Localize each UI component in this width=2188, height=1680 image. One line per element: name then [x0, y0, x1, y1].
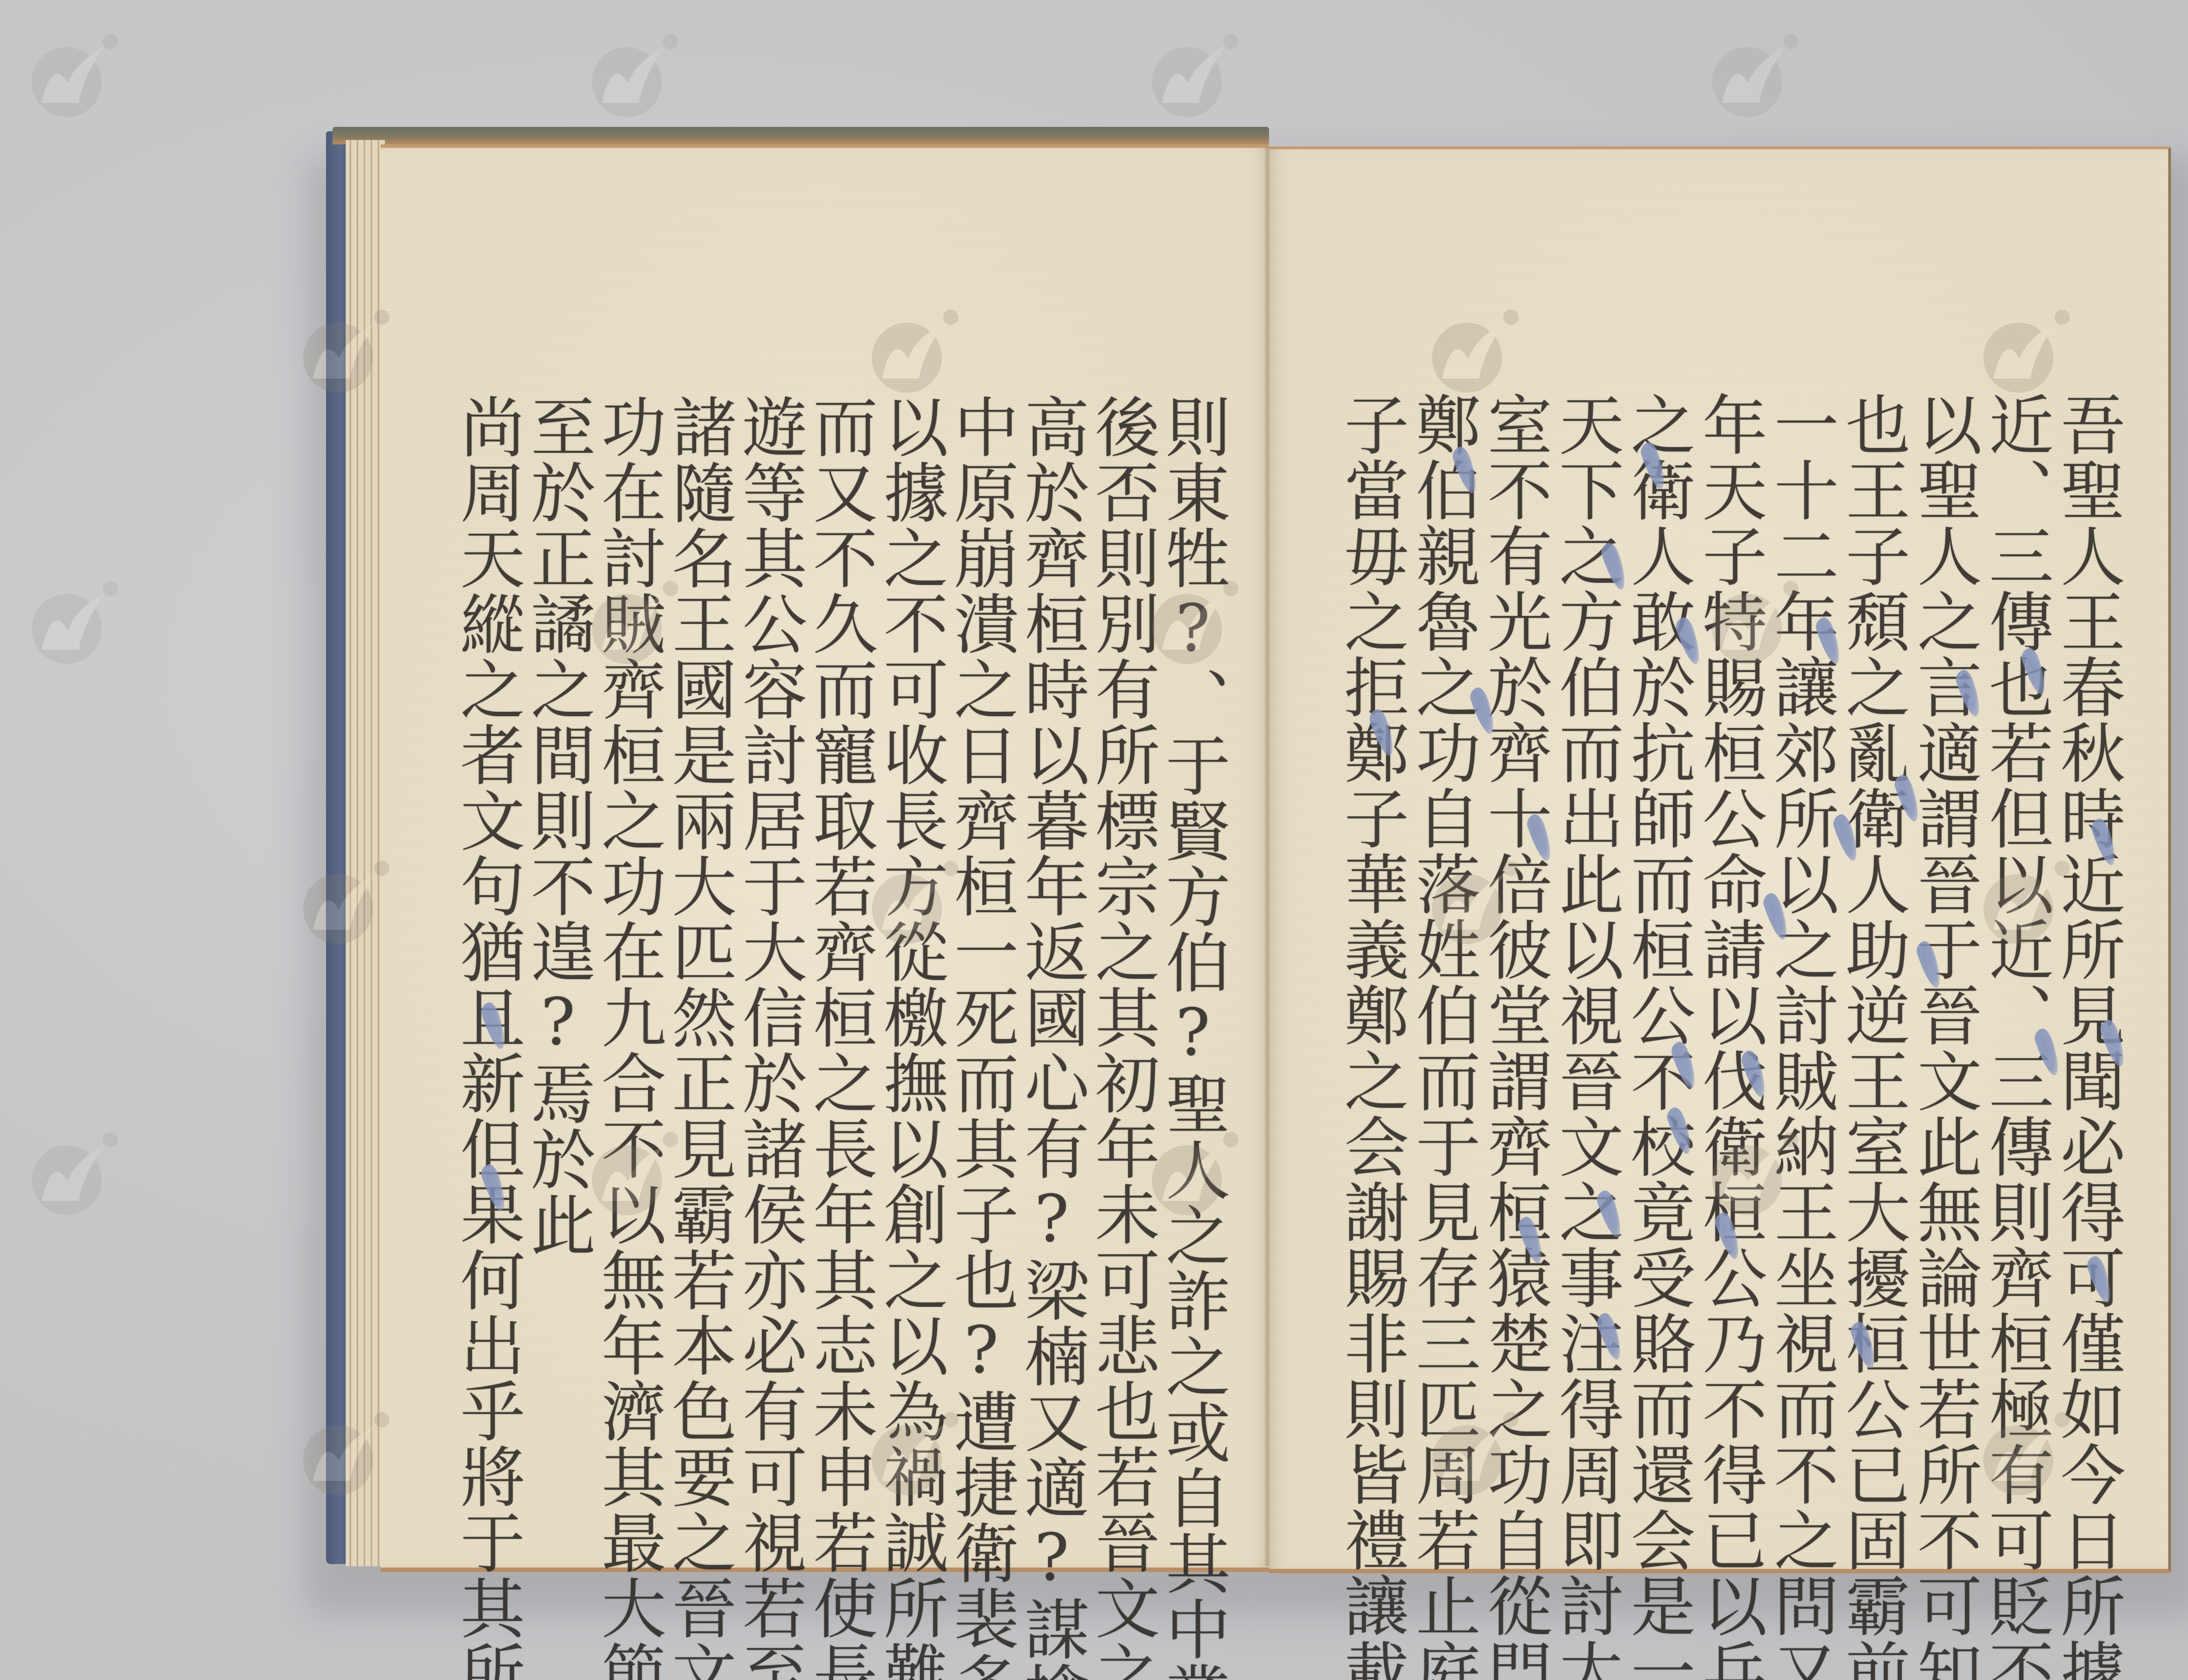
text-column: 鄭伯親魯之功自落姓伯而于見存三匹周若止庭世: [1411, 392, 1476, 1450]
book-top-edge: [333, 127, 1269, 144]
watermark-logo-icon: [18, 569, 127, 678]
text-column: 而又不久而寵取若齊桓之長年其志未申若使長亨: [808, 394, 873, 1444]
text-column: 以據之不可收長方從檄撫以創之以為禍誠所難待: [878, 394, 943, 1444]
watermark-logo-icon: [18, 1120, 127, 1229]
text-column: 後否則別有所標宗之其初年未可悲也若晉文之才: [1090, 394, 1155, 1444]
text-column: 子當毋之拒鄭子華義鄭之会謝賜非則皆禮讓載籍: [1339, 392, 1404, 1450]
text-column: 高於齊桓時以暮年返國心有?梁楠又適?謀擒鵝張: [1020, 394, 1084, 1444]
text-column: 室不有光於齊十倍彼堂謂齊桓猿楚之功自從門枚: [1482, 392, 1547, 1450]
book-gutter: [1264, 147, 1271, 1566]
document-scene: 則東牲?、于賢方伯?聖人之詐之或自其中業以 後否則別有所標宗之其初年未可悲也若晉…: [0, 0, 2188, 1680]
text-column: 之衛人敢於抗師而桓公不校竟受賂而還会是一匡: [1626, 392, 1690, 1450]
text-column: 以聖人之言適謂晉于晉文此無論世若所不可知: [1912, 392, 1977, 1450]
text-column: 中原崩潰之日齊桓一死而其子也?遭捷衛裴多箸: [949, 394, 1013, 1444]
watermark-logo-icon: [1698, 22, 1807, 131]
watermark-logo-icon: [18, 22, 127, 131]
left-page-text: 則東牲?、于賢方伯?聖人之詐之或自其中業以 後否則別有所標宗之其初年未可悲也若晉…: [455, 394, 1225, 1444]
watermark-logo-icon: [578, 22, 687, 131]
right-page-text: 吾聖人王春秋時近所見聞必得可僅如今日所據止 近、三傳也若但以近、三傳則齊桓極有可…: [1339, 392, 2120, 1450]
text-column: 則東牲?、于賢方伯?聖人之詐之或自其中業以: [1161, 394, 1225, 1444]
watermark-logo-icon: [1138, 22, 1247, 131]
text-column: 遊等其公容討居于大信於諸侯亦必有可視若至千: [737, 394, 802, 1444]
text-column: 年天子特賜桓公命請以伐衛桓公乃不得已以兵伐: [1697, 392, 1762, 1450]
text-column: 諸隨名王國是兩大匹然正見霸若本色要之晉文之: [667, 394, 732, 1444]
text-column: 至於正譎之間則不遑?焉於此: [526, 394, 590, 1444]
text-column: 近、三傳也若但以近、三傳則齊桓極有可貶不好: [1984, 392, 2048, 1450]
text-column: 也王子頹之亂衛人助逆王室大擾桓公已固霸前後: [1841, 392, 1905, 1450]
text-column: 功在討賊齊桓之功在九合不以無年濟其最大節自: [596, 394, 661, 1444]
text-column: 吾聖人王春秋時近所見聞必得可僅如今日所據止: [2055, 392, 2120, 1450]
text-column: 尚周天縱之者文句猶且新但果何出乎將于其所自: [455, 394, 520, 1444]
